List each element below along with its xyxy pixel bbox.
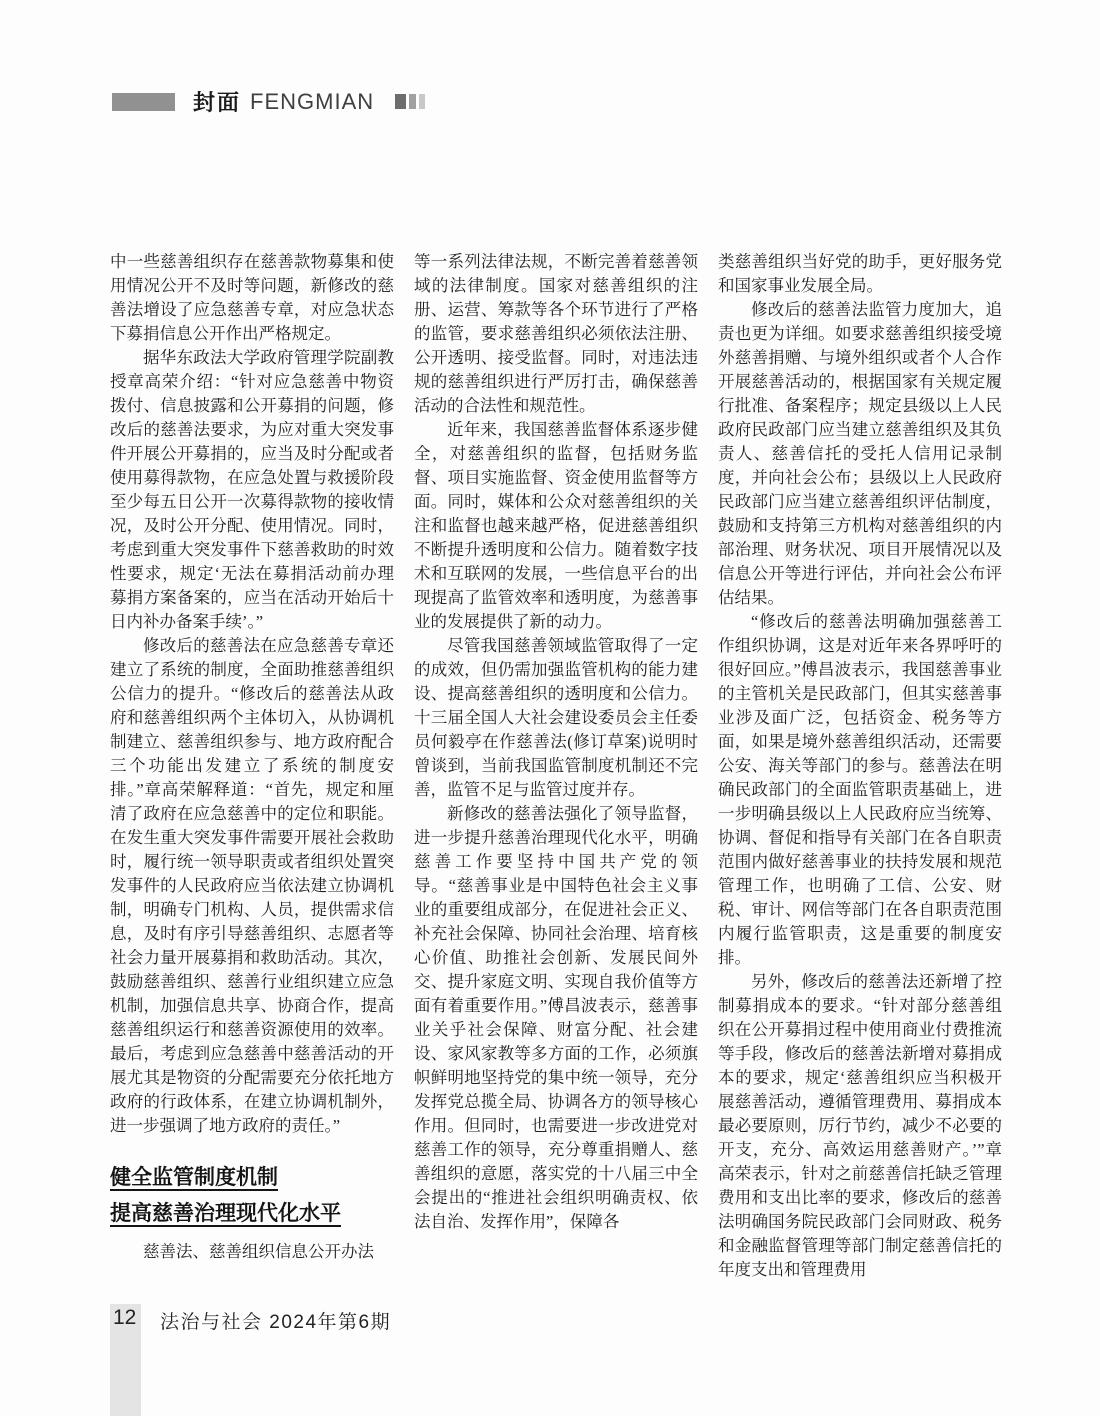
square-light-icon [419,94,425,109]
column-2: 等一系列法律法规，不断完善着慈善领域的法律制度。国家对慈善组织的注册、运营、筹款… [414,250,698,1282]
journal-issue-line: 法治与社会 2024年第6期 [160,1307,391,1334]
paragraph: 尽管我国慈善领域监管取得了一定的成效，但仍需加强监管机构的能力建设、提高慈善组织… [414,634,698,802]
paragraph: 修改后的慈善法在应急慈善专章还建立了系统的制度，全面助推慈善组织公信力的提升。“… [110,634,394,1138]
column-1: 中一些慈善组织存在慈善款物募集和使用情况公开不及时等问题，新修改的慈善法增设了应… [110,250,394,1282]
article-body: 中一些慈善组织存在慈善款物募集和使用情况公开不及时等问题，新修改的慈善法增设了应… [110,250,1002,1282]
paragraph: 另外，修改后的慈善法还新增了控制募捐成本的要求。“针对部分慈善组织在公开募捐过程… [718,970,1002,1282]
paragraph: 等一系列法律法规，不断完善着慈善领域的法律制度。国家对慈善组织的注册、运营、筹款… [414,250,698,418]
paragraph: 类慈善组织当好党的助手，更好服务党和国家事业发展全局。 [718,250,1002,298]
section-heading-line2: 提高慈善治理现代化水平 [110,1202,341,1225]
section-heading-line1: 健全监管制度机制 [110,1166,278,1189]
paragraph: 据华东政法大学政府管理学院副教授章高荣介绍：“针对应急慈善中物资拨付、信息披露和… [110,346,394,634]
square-mid-icon [409,94,416,109]
page-header: 封面 FENGMIAN [112,86,425,117]
paragraph: 中一些慈善组织存在慈善款物募集和使用情况公开不及时等问题，新修改的慈善法增设了应… [110,250,394,346]
page-number: 12 [113,1306,136,1330]
header-bar-decoration [112,93,175,111]
section-title-cn: 封面 [193,86,241,117]
paragraph: 慈善法、慈善组织信息公开办法 [110,1240,394,1264]
header-squares-decoration [392,94,425,109]
section-title-en: FENGMIAN [250,89,374,115]
section-heading: 健全监管制度机制 提高慈善治理现代化水平 [110,1160,394,1232]
paragraph: 新修改的慈善法强化了领导监督，进一步提升慈善治理现代化水平，明确慈善工作要坚持中… [414,802,698,1234]
paragraph: “修改后的慈善法明确加强慈善工作组织协调，这是对近年来各界呼吁的很好回应。”傅昌… [718,610,1002,970]
paragraph: 近年来，我国慈善监督体系逐步健全，对慈善组织的监督，包括财务监督、项目实施监督、… [414,418,698,634]
magazine-page: 封面 FENGMIAN 中一些慈善组织存在慈善款物募集和使用情况公开不及时等问题… [0,0,1100,1416]
column-3: 类慈善组织当好党的助手，更好服务党和国家事业发展全局。 修改后的慈善法监管力度加… [718,250,1002,1282]
square-dark-icon [395,94,406,109]
paragraph: 修改后的慈善法监管力度加大，追责也更为详细。如要求慈善组织接受境外慈善捐赠、与境… [718,298,1002,610]
